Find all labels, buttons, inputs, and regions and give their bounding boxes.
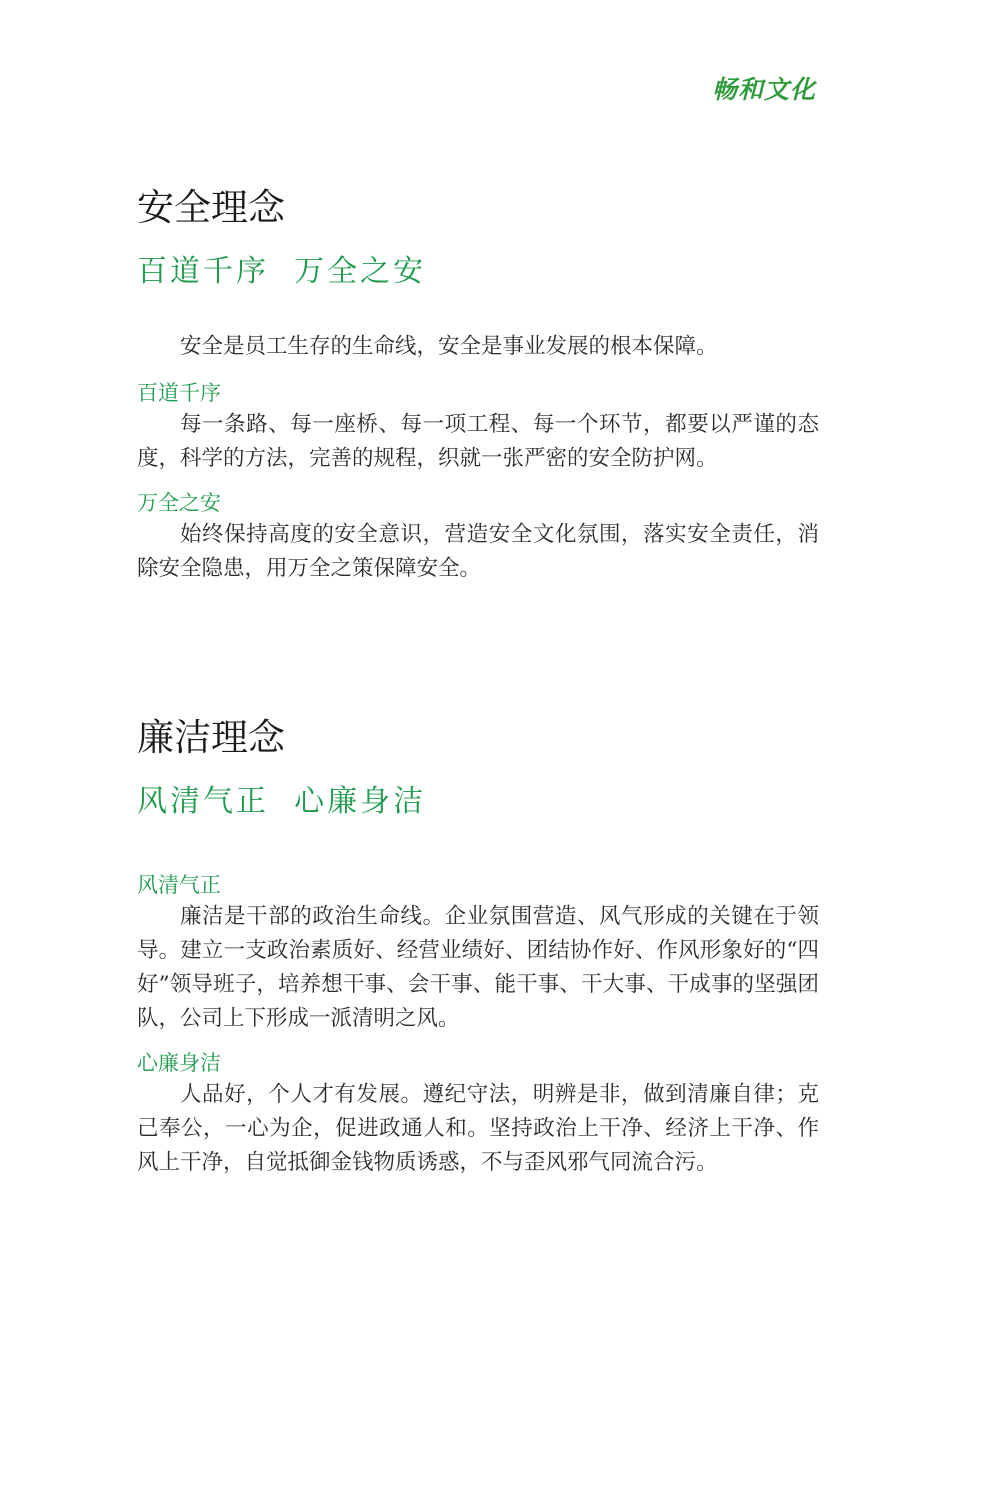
sub-paragraph: 人品好，个人才有发展。遵纪守法，明辨是非，做到清廉自律；克己奉公，一心为企，促进… [137,1078,819,1180]
sub-paragraph: 始终保持高度的安全意识，营造安全文化氛围，落实安全责任，消除安全隐患，用万全之策… [137,518,819,586]
sub-heading: 风清气正 [137,870,819,900]
section-title: 廉洁理念 [137,716,819,760]
sub-heading: 万全之安 [137,488,819,518]
sub-paragraph: 每一条路、每一座桥、每一项工程、每一个环节，都要以严谨的态度，科学的方法，完善的… [137,408,819,476]
brand-logo: 畅和文化 [712,70,822,106]
sub-paragraph: 廉洁是干部的政治生命线。企业氛围营造、风气形成的关键在于领导。建立一支政治素质好… [137,900,819,1036]
section-integrity: 廉洁理念 风清气正 心廉身洁 风清气正 廉洁是干部的政治生命线。企业氛围营造、风… [137,716,819,1180]
section-safety: 安全理念 百道千序 万全之安 安全是员工生存的生命线，安全是事业发展的根本保障。… [137,186,819,586]
sub-heading: 心廉身洁 [137,1048,819,1078]
section-intro: 安全是员工生存的生命线，安全是事业发展的根本保障。 [137,330,819,364]
section-slogan: 风清气正 心廉身洁 [137,782,819,822]
section-slogan: 百道千序 万全之安 [137,252,819,292]
section-title: 安全理念 [137,186,819,230]
sub-heading: 百道千序 [137,378,819,408]
